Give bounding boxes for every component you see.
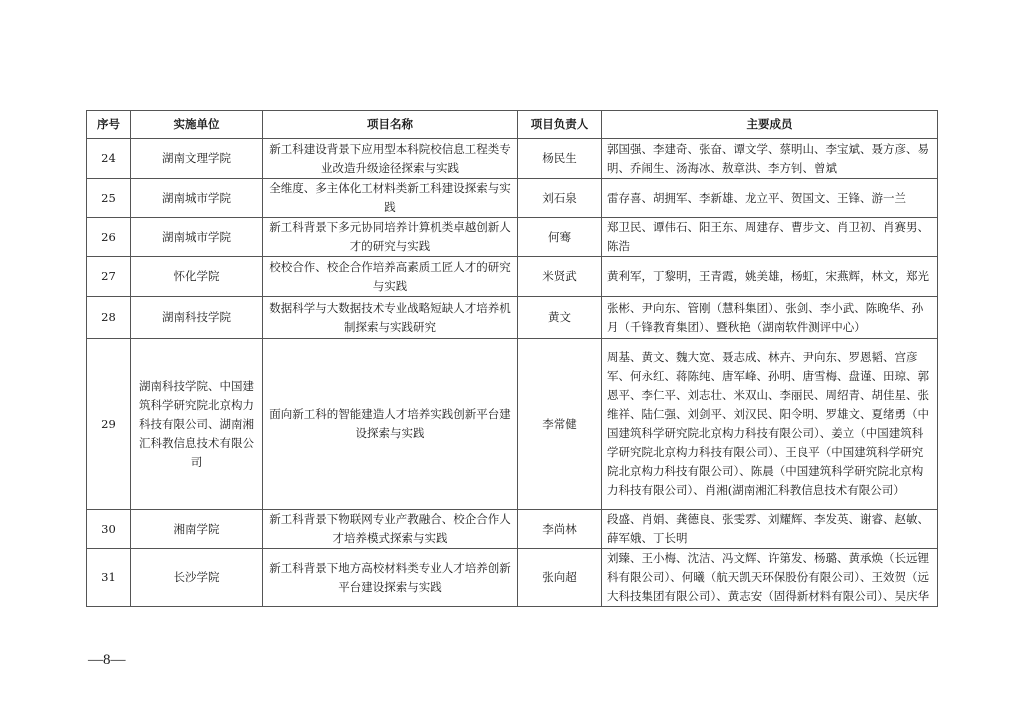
row-members: 张彬、尹向东、管刚（慧科集团）、张剑、李小武、陈晚华、孙月（千锋教育集团）、暨秋… <box>602 297 938 339</box>
row-project: 数据科学与大数据技术专业战略短缺人才培养机制探索与实践研究 <box>263 297 518 339</box>
table-row: 30 湘南学院 新工科背景下物联网专业产教融合、校企合作人才培养模式探索与实践 … <box>87 510 938 549</box>
table-row: 25 湖南城市学院 全维度、多主体化工材料类新工科建设探索与实践 刘石泉 雷存喜… <box>87 179 938 218</box>
row-members: 段盛、肖娟、龚德良、张雯雰、刘耀辉、李发英、谢睿、赵敏、薛军娥、丁长明 <box>602 510 938 549</box>
row-members: 周基、黄文、魏大宽、聂志成、林卉、尹向东、罗恩韬、宫彦军、何永红、蒋陈纯、唐军峰… <box>602 339 938 510</box>
table-row: 26 湖南城市学院 新工科背景下多元协同培养计算机类卓越创新人才的研究与实践 何… <box>87 218 938 257</box>
header-unit: 实施单位 <box>131 111 263 139</box>
row-index: 30 <box>87 510 131 549</box>
row-unit: 湖南科技学院 <box>131 297 263 339</box>
table-row: 29 湖南科技学院、中国建筑科学研究院北京构力科技有限公司、湖南湘汇科教信息技术… <box>87 339 938 510</box>
row-members: 黄利军，丁黎明，王青霞，姚美雄，杨虹，宋燕辉，林文，郑光 <box>602 257 938 297</box>
row-project: 新工科背景下地方高校材料类专业人才培养创新平台建设探索与实践 <box>263 549 518 607</box>
header-leader: 项目负责人 <box>518 111 602 139</box>
row-leader: 李尚林 <box>518 510 602 549</box>
row-leader: 黄文 <box>518 297 602 339</box>
table-header-row: 序号 实施单位 项目名称 项目负责人 主要成员 <box>87 111 938 139</box>
row-leader: 米贤武 <box>518 257 602 297</box>
row-members: 郑卫民、谭伟石、阳王东、周建存、曹步文、肖卫初、肖赛男、陈浩 <box>602 218 938 257</box>
row-project: 全维度、多主体化工材料类新工科建设探索与实践 <box>263 179 518 218</box>
row-leader: 杨民生 <box>518 139 602 179</box>
row-leader: 刘石泉 <box>518 179 602 218</box>
row-leader: 张向超 <box>518 549 602 607</box>
row-index: 25 <box>87 179 131 218</box>
row-index: 24 <box>87 139 131 179</box>
row-members: 雷存喜、胡拥军、李新雄、龙立平、贺国文、王锋、游一兰 <box>602 179 938 218</box>
row-unit: 怀化学院 <box>131 257 263 297</box>
row-unit: 湘南学院 <box>131 510 263 549</box>
row-leader: 李常健 <box>518 339 602 510</box>
row-project: 新工科建设背景下应用型本科院校信息工程类专业改造升级途径探索与实践 <box>263 139 518 179</box>
row-leader: 何骞 <box>518 218 602 257</box>
row-index: 29 <box>87 339 131 510</box>
row-project: 新工科背景下多元协同培养计算机类卓越创新人才的研究与实践 <box>263 218 518 257</box>
row-unit: 湖南文理学院 <box>131 139 263 179</box>
page-number: —8— <box>88 652 126 669</box>
header-index: 序号 <box>87 111 131 139</box>
projects-table: 序号 实施单位 项目名称 项目负责人 主要成员 24 湖南文理学院 新工科建设背… <box>86 110 938 607</box>
row-index: 27 <box>87 257 131 297</box>
row-project: 新工科背景下物联网专业产教融合、校企合作人才培养模式探索与实践 <box>263 510 518 549</box>
table-row: 24 湖南文理学院 新工科建设背景下应用型本科院校信息工程类专业改造升级途径探索… <box>87 139 938 179</box>
row-unit: 长沙学院 <box>131 549 263 607</box>
table-row: 31 长沙学院 新工科背景下地方高校材料类专业人才培养创新平台建设探索与实践 张… <box>87 549 938 607</box>
row-project: 面向新工科的智能建造人才培养实践创新平台建设探索与实践 <box>263 339 518 510</box>
row-members: 刘臻、王小梅、沈洁、冯文辉、许第发、杨璐、黄承焕（长远锂科有限公司）、何曦（航天… <box>602 549 938 607</box>
row-index: 28 <box>87 297 131 339</box>
row-unit: 湖南城市学院 <box>131 179 263 218</box>
row-project: 校校合作、校企合作培养高素质工匠人才的研究与实践 <box>263 257 518 297</box>
header-project: 项目名称 <box>263 111 518 139</box>
table-row: 27 怀化学院 校校合作、校企合作培养高素质工匠人才的研究与实践 米贤武 黄利军… <box>87 257 938 297</box>
row-members: 郭国强、李建奇、张奋、谭文学、蔡明山、李宝斌、聂方彦、易明、乔闹生、汤海冰、敖章… <box>602 139 938 179</box>
row-unit: 湖南科技学院、中国建筑科学研究院北京构力科技有限公司、湖南湘汇科教信息技术有限公… <box>131 339 263 510</box>
row-index: 26 <box>87 218 131 257</box>
header-members: 主要成员 <box>602 111 938 139</box>
row-index: 31 <box>87 549 131 607</box>
table-row: 28 湖南科技学院 数据科学与大数据技术专业战略短缺人才培养机制探索与实践研究 … <box>87 297 938 339</box>
row-unit: 湖南城市学院 <box>131 218 263 257</box>
